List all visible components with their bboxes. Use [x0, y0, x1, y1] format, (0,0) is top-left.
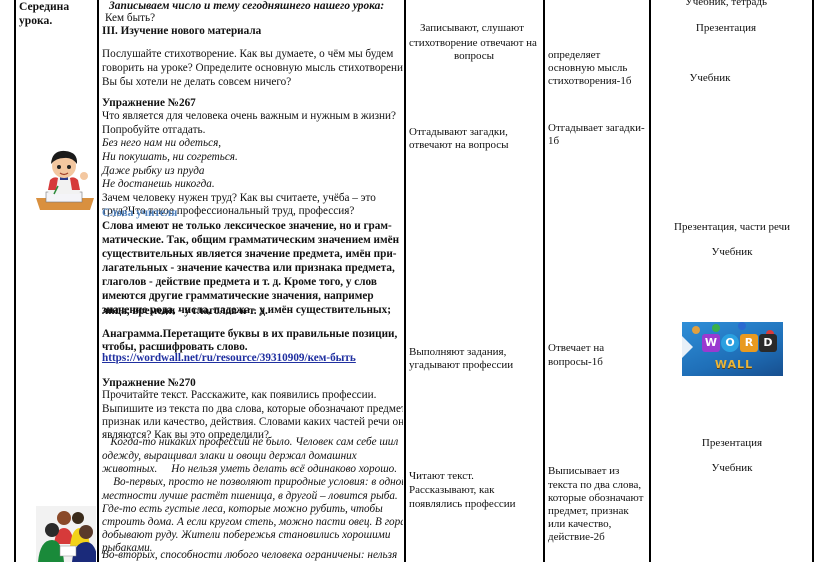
stage-label: Середина урока. [19, 0, 69, 27]
story-line: местности лучше растёт пшеница, в другой… [102, 490, 398, 503]
assessment-line: которые обозначают [548, 492, 643, 505]
story-line: Во-первых, просто не позволяют природные… [102, 476, 403, 489]
assessment-line: или качество, [548, 518, 611, 531]
riddle-line: Без него нам ни одеться, [102, 137, 221, 150]
assessment-line: основную мысль [548, 62, 627, 75]
story-line: одежду, выращивал злаки и овощи держал д… [102, 450, 357, 463]
teacher-words-line: лагательных - значение качества или приз… [102, 262, 395, 275]
assessment-line: определяет [548, 49, 600, 62]
activity-line: угадывают профессии [409, 359, 513, 372]
student-activity-column: Записывают, слушают стихотворение отвеча… [406, 0, 543, 562]
assessment-line: Выписывает из [548, 465, 619, 478]
activity-line: стихотворение отвечают на [409, 37, 537, 50]
exercise-270-line: Прочитайте текст. Расскажите, как появил… [102, 389, 376, 402]
story-line: добывают руду. Жители побережья становил… [102, 529, 390, 542]
resources-column: Учебник, тетрадь Презентация Учебник Пре… [651, 0, 813, 562]
stage-column: Середина урока. [16, 0, 96, 562]
lesson-plan-table: Середина урока. [0, 0, 834, 562]
assessment-line: стихотворения-1б [548, 75, 631, 88]
resource-item: Учебник, тетрадь [651, 0, 807, 9]
activity-line: Рассказывают, как [409, 484, 494, 497]
wordwall-thumbnail[interactable]: W O R D WALL [682, 322, 783, 376]
resource-item: Презентация, части речи [651, 221, 813, 234]
poem-prompt-line: Послушайте стихотворение. Как вы думаете… [102, 48, 393, 61]
teacher-words-line: существительных является значение предме… [102, 248, 397, 261]
story-line: Где-то есть густые леса, которые можно р… [102, 503, 383, 516]
wordwall-caption: WALL [712, 358, 756, 371]
wordwall-letter: O [721, 334, 739, 352]
resource-item: Презентация [651, 437, 813, 450]
activity-line: вопросы [454, 50, 494, 63]
teacher-words-label: Слова учителя [102, 207, 177, 220]
exercise-270-line: признак или качество, действия. Словами … [102, 416, 403, 429]
teacher-words-line: Слова имеют не только лексическое значен… [102, 220, 392, 233]
poem-prompt-line: Вы бы хотели не делать совсем ничего? [102, 76, 291, 89]
wordwall-letter: R [740, 334, 758, 352]
teacher-words-line: матические. Так, общим грамматическим зн… [102, 234, 399, 247]
group-work-illustration [36, 506, 96, 562]
play-chevron-icon [682, 336, 693, 358]
teacher-words-line: глаголов - действие предмета и т. д. Кро… [102, 276, 377, 289]
teacher-words-line: имеются другие грамматические значения, … [102, 290, 374, 303]
exercise-270-line: Выпишите из текста по два слова, которые… [102, 403, 403, 416]
stage-label-line: Середина [19, 0, 69, 14]
activity-line: Выполняют задания, [409, 346, 506, 359]
resource-item: Учебник [651, 72, 791, 85]
riddle-line: Ни покушать, ни согреться. [102, 151, 238, 164]
student-writing-illustration [34, 146, 96, 216]
assessment-line: действие-2б [548, 531, 605, 544]
exercise-267-question: Зачем человеку нужен труд? Как вы считае… [102, 192, 376, 205]
resource-item: Учебник [651, 462, 813, 475]
lesson-topic: Кем быть? [105, 12, 155, 25]
resource-item: Учебник [651, 246, 813, 259]
story-line: животных. Но нельзя уметь делать всё оди… [102, 463, 397, 476]
assessment-line: текста по два слова, [548, 479, 641, 492]
riddle-line: Даже рыбку из пруда [102, 165, 205, 178]
activity-line: отвечают на вопросы [409, 139, 509, 152]
assessment-line: вопросы-1б [548, 356, 603, 369]
wordwall-link[interactable]: https://wordwall.net/ru/resource/3931090… [102, 352, 356, 365]
story-line: строить дома. А если кругом степь, можно… [102, 516, 403, 529]
activity-line: Отгадывают загадки, [409, 126, 508, 139]
anagram-line: Анаграмма.Перетащите буквы в их правильн… [102, 328, 397, 341]
activity-line: Записывают, слушают [420, 22, 524, 35]
riddle-line: Не достанешь никогда. [102, 178, 215, 191]
assessment-line: Отвечает на [548, 342, 604, 355]
stage-label-line: урока. [19, 14, 69, 28]
activity-line: появлялись профессии [409, 498, 516, 511]
section-title: III. Изучение нового материала [102, 25, 261, 38]
wordwall-letter: D [759, 334, 777, 352]
resource-item: Презентация [651, 22, 807, 35]
wordwall-letter: W [702, 334, 720, 352]
exercise-267-line: Попробуйте отгадать. [102, 124, 205, 137]
teacher-words-line: лица, времени - у глаголов и т. д. [102, 305, 268, 318]
activity-line: Читают текст. [409, 470, 474, 483]
exercise-267-title: Упражнение №267 [102, 97, 196, 110]
content-column: Записываем число и тему сегодняшнего наш… [99, 0, 403, 562]
exercise-267-line: Что является для человека очень важным и… [102, 110, 396, 123]
assessment-column: определяет основную мысль стихотворения-… [545, 0, 648, 562]
decoration-dot [692, 326, 700, 334]
decoration-dot [712, 324, 720, 332]
story-line: Во-вторых, способности любого человека о… [102, 549, 397, 562]
decoration-dot [738, 322, 746, 330]
assessment-line: Отгадывает загадки- [548, 122, 645, 135]
story-line: Когда-то никаких профессий не было. Чело… [102, 436, 398, 449]
assessment-line: предмет, признак [548, 505, 629, 518]
poem-prompt-line: говорить на уроке? Определите основную м… [102, 62, 403, 75]
assessment-line: 1б [548, 135, 559, 148]
